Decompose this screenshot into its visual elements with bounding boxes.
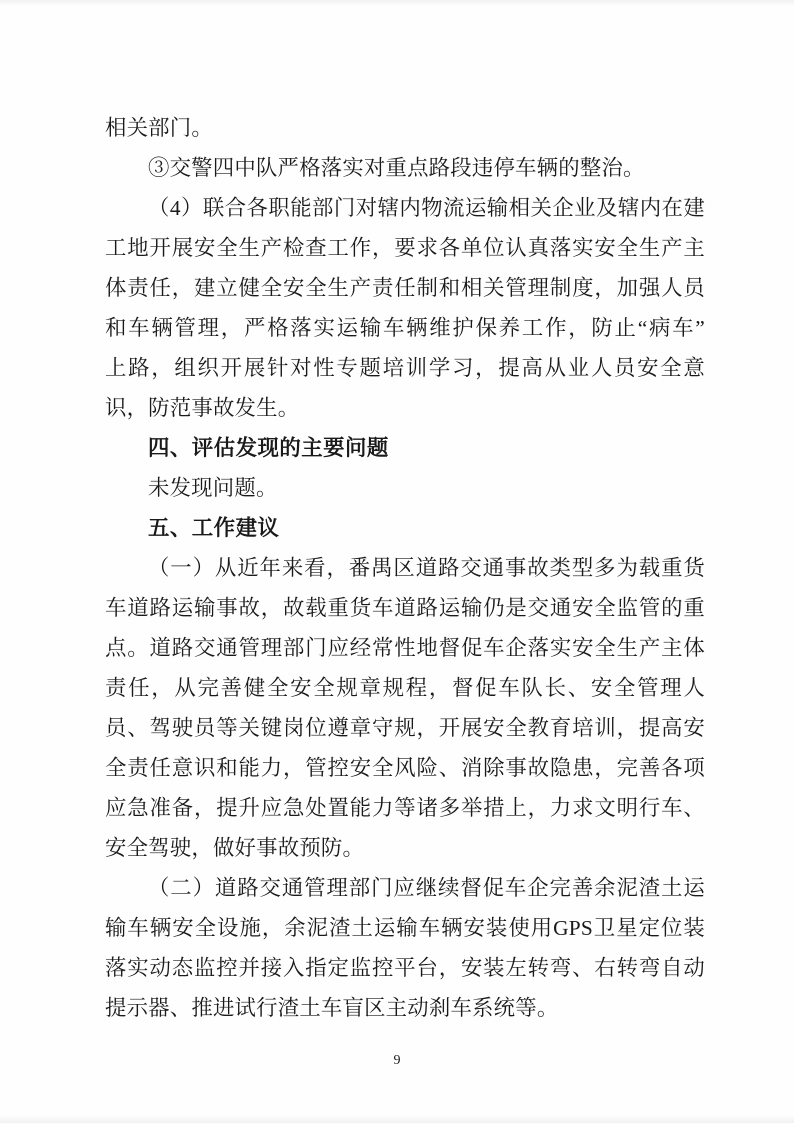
body-text-line: （二）道路交通管理部门应继续督促车企完善余泥渣土运 xyxy=(105,868,705,908)
body-text-line: 上路，组织开展针对性专题培训学习，提高从业人员安全意 xyxy=(105,348,705,388)
document-body: 相关部门。 ③交警四中队严格落实对重点路段违停车辆的整治。 （4）联合各职能部门… xyxy=(105,108,705,1028)
section-heading-4: 四、评估发现的主要问题 xyxy=(105,428,705,468)
body-text-line: 和车辆管理，严格落实运输车辆维护保养工作，防止“病车” xyxy=(105,308,705,348)
body-text-line: 全责任意识和能力，管控安全风险、消除事故隐患，完善各项 xyxy=(105,748,705,788)
body-text-line: 落实动态监控并接入指定监控平台，安装左转弯、右转弯自动 xyxy=(105,948,705,988)
body-text-line: ③交警四中队严格落实对重点路段违停车辆的整治。 xyxy=(105,148,705,188)
body-text-line: 安全驾驶，做好事故预防。 xyxy=(105,828,705,868)
body-text-line: 员、驾驶员等关键岗位遵章守规，开展安全教育培训，提高安 xyxy=(105,708,705,748)
body-text-line: 工地开展安全生产检查工作，要求各单位认真落实安全生产主 xyxy=(105,228,705,268)
body-text-line: 识，防范事故发生。 xyxy=(105,388,705,428)
body-text-line: 责任，从完善健全安全规章规程，督促车队长、安全管理人 xyxy=(105,668,705,708)
body-text-line: 应急准备，提升应急处置能力等诸多举措上，力求文明行车、 xyxy=(105,788,705,828)
body-text-line: 点。道路交通管理部门应经常性地督促车企落实安全生产主体 xyxy=(105,628,705,668)
section-heading-5: 五、工作建议 xyxy=(105,508,705,548)
body-text-line: 输车辆安全设施，余泥渣土运输车辆安装使用GPS卫星定位装置 xyxy=(105,908,705,948)
scan-noise-top xyxy=(0,0,794,6)
body-text-line: 相关部门。 xyxy=(105,108,705,148)
document-page: 相关部门。 ③交警四中队严格落实对重点路段违停车辆的整治。 （4）联合各职能部门… xyxy=(0,0,794,1123)
body-text-line: （4）联合各职能部门对辖内物流运输相关企业及辖内在建 xyxy=(105,188,705,228)
body-text-line: 未发现问题。 xyxy=(105,468,705,508)
body-text-line: 提示器、推进试行渣土车盲区主动刹车系统等。 xyxy=(105,988,705,1028)
body-text-line: （一）从近年来看，番禺区道路交通事故类型多为载重货 xyxy=(105,548,705,588)
page-number: 9 xyxy=(0,1050,794,1072)
scan-noise-bottom xyxy=(0,1115,794,1123)
body-text-line: 体责任，建立健全安全生产责任制和相关管理制度，加强人员 xyxy=(105,268,705,308)
body-text-line: 车道路运输事故，故载重货车道路运输仍是交通安全监管的重 xyxy=(105,588,705,628)
